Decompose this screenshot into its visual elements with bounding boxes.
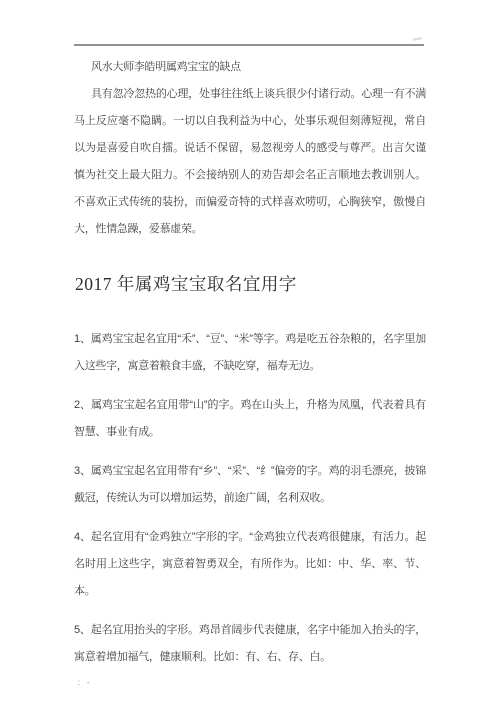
document-content: 风水大师李皓明属鸡宝宝的缺点 具有忽冷忽热的心理，处事往往纸上谈兵很少付诸行动。… (74, 54, 426, 688)
document-page: 风水大师李皓明属鸡宝宝的缺点 具有忽冷忽热的心理，处事往往纸上谈兵很少付诸行动。… (0, 0, 500, 708)
section-title: 2017 年属鸡宝宝取名宜用字 (75, 272, 426, 296)
intro-paragraph: 具有忽冷忽热的心理，处事往往纸上谈兵很少付诸行动。心理一有不满马上反应毫不隐瞒。… (74, 81, 426, 243)
top-horizontal-rule (74, 44, 424, 46)
list-item-5: 5、起名宜用抬头的字形。鸡昂首阔步代表健康，名字中能加入抬头的字，寓意着增加福气… (74, 617, 426, 671)
list-item-2: 2、属鸡宝宝起名宜用带“山”的字。鸡在山头上，升格为凤凰，代表着具有智慧、事业有… (74, 392, 426, 446)
scan-artifact-mark (413, 37, 422, 41)
list-item-3: 3、属鸡宝宝起名宜用带有“乡”、“采”、“纟”偏旁的字。鸡的羽毛漂亮，披锦戴冠，… (74, 458, 426, 512)
intro-title: 风水大师李皓明属鸡宝宝的缺点 (74, 54, 426, 81)
list-item-4: 4、起名宜用有“金鸡独立”字形的字。“金鸡独立代表鸡很健康，有活力。起名时用上这… (74, 524, 426, 605)
list-item-1: 1、属鸡宝宝起名宜用“禾”、“豆”、“米”等字。鸡是吃五谷杂粮的，名字里加入这些… (74, 326, 426, 380)
footer-mark: ：- (77, 678, 426, 688)
